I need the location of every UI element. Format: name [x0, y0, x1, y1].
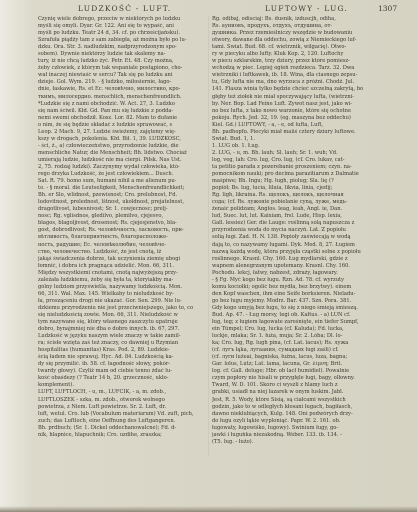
text-line: dzkiemu przyrodzeniu nie jest przeciwnie… [38, 305, 210, 312]
text-line: zależała ludzkiemu, żeby się była ta, kt… [38, 277, 210, 284]
text-line: Rg. ligh, likraina. Rs. щелокъ, щелокъ, … [212, 192, 384, 199]
text-line: ka; Cro. lug, Rg. lugh pina, (cf. Lat. l… [212, 340, 384, 347]
text-line: jawki i ługuńka niezakodną. Weber. 133. … [212, 432, 384, 439]
text-line: log. cf. Gall. deluge; Hbr. ob lacł humi… [212, 368, 384, 375]
text-line: (cf. луги lużeai, bagniska, łużna, lacus… [212, 354, 384, 361]
text-line: ein Tümpel; Cro. lug, lucka (cf. Kaluda)… [212, 326, 384, 333]
text-line: душника. Przez rzemieślniczy wszędzie w … [212, 30, 384, 37]
text-line: tu, Gdy lufta nie ma, dno wyrzuca z próż… [212, 79, 384, 86]
text-line: ra; ścisłe wzięta zaś też znaczy, co daw… [38, 340, 210, 347]
text-line: Rs. ауниовъ, продухъ, отдухъ, отдушина, … [212, 23, 384, 30]
text-line: hospitalitas (humanitas) Kras. Pod. 2, 8… [38, 347, 210, 354]
text-line: Ludzkość w języku naszym wiele znaczy w … [38, 333, 210, 340]
running-header-right: LUFTOWY - LUG. [265, 4, 348, 13]
text-line: menschliche Natur, die Menschheit; Bh. l… [38, 150, 210, 157]
text-line: ženaić polidzam; Anglos. leag, leah, Ang… [212, 206, 384, 213]
text-line: otwory, dawane dla oddechu, zowią z Niem… [212, 37, 384, 44]
text-line: powietrza, z Niem. Luft powietrze. Sr. 2… [38, 404, 210, 411]
text-line: LUFT, LUFTLOCH, - u, m., LUFCIK, - a, m.… [38, 389, 210, 396]
text-line: go bez ługu myjemy. Modrz. Bar. 437. Szn… [212, 298, 384, 305]
text-line: Leop. 2 Mach. 9, 27. Ludzie świeżemy, za… [38, 129, 210, 136]
text-line: сода; (cf. Rs. луженіе pobielanie cyną, … [212, 199, 384, 206]
text-line: dy się przymilić. ib. 58. cf. łagodność … [38, 361, 210, 368]
text-line: się nieludzkością zowie. Mon. 66, 311. N… [38, 312, 210, 319]
text-line: Bh. er Slo, wlidnost, pzewisnost; Cro. p… [38, 192, 210, 199]
text-line: 141. Flasza winia tylko będzie chcieć sz… [212, 86, 384, 93]
text-line: myśli się omyli. Dyar. Gr. 122. Ani się … [38, 23, 210, 30]
text-line: czym popłory nie hisali w przygłęle ługi… [212, 375, 384, 382]
text-line: ścią ładem nie sprawuj. Hyc. Ad. 84. Lud… [38, 354, 210, 361]
text-line: w piecu szklarskim, trzy dziury, przez k… [212, 58, 384, 65]
text-line: wapnem alenegrzanym upotemany. Krasnl. C… [212, 263, 384, 270]
text-line: by. Ner. Bop. Lad Feine Luft. Żywot nasz… [212, 101, 384, 108]
text-line: dają to, co nazywamy ługami. Dyk. Med. 8… [212, 242, 384, 249]
text-line: ludovitnost, prelednost, lštnost, ukoldn… [38, 199, 210, 206]
text-line: Gar. lolus, Lutz; Lat. lama, lacuna, Gr.… [212, 361, 384, 368]
text-line: - ści, ż., a) człowieczeństwo, przyrodze… [38, 143, 210, 150]
text-line: Między wszystkiemi cnotami, cnotą najwyż… [38, 270, 210, 277]
text-line: maśpiwe; Bh. Ingu; Hg. ługh, piolug; Sla… [212, 178, 384, 185]
text-line: dnie, łaskawie, Rs. et Ec. человѣчно, ми… [38, 86, 210, 93]
text-line: kość obaśdezy (? Teatr 14 b, 20. grzeczn… [38, 375, 210, 382]
text-line: nemi swemi obchodził. Kosz. Lor. 82. Mam… [38, 115, 210, 122]
text-line: *Ludzkie się z nami obchodzić. W. Act. 2… [38, 101, 210, 108]
text-line: dzieje. Gol. Wym. 219. - § ludzko, miłos… [38, 79, 210, 86]
text-line: Kiel. Gd.) LUFTOWY, - a, - e, od lufta, … [212, 122, 384, 129]
text-line: dragotlivost, lubesnivost; Sr. 1. cowjec… [38, 206, 210, 213]
text-line: Rg. odibaj, odisciaj: Bs. dusnik, izdusc… [212, 16, 384, 23]
text-line: ство, человечество. Ludzkość, że jest cn… [38, 249, 210, 256]
text-line: grabki, usiadł na niej lazarek w onym łu… [212, 389, 384, 396]
text-line: 1. LUG ob. 1. Ług. [212, 143, 384, 150]
text-line: popiół; Bs. lug, lucia, liluia, likvia, … [212, 185, 384, 192]
text-line: den Kopf waschen, ihm eine Seife borksie… [212, 291, 384, 298]
text-line: dobro, bynajmniej nie dba o dobro innych… [38, 326, 210, 333]
text-line: вѣтливость, благоприятность, благораспол… [38, 234, 210, 241]
text-line: blagos, blagoljivost, drosenost; Rs. cje… [38, 220, 210, 227]
text-line: ry w piecyku albo lufty. Kluk Kop. 2, 12… [212, 51, 384, 58]
text-line: Pochodu. lekcj, łatwy, nabzest, zdraży, … [212, 270, 384, 277]
text-line: ткимъ, милосердно. menschlich, menschenf… [38, 94, 210, 101]
text-line: Bud. Ap. 47. - Ług morsy, tegi ob. Kałtu… [212, 312, 384, 319]
text-line: Tward, W. D. 101. Skoro ci wyszli z hlam… [212, 382, 384, 389]
text-line: rego drzyka Ludzkość, że jest człowiekie… [38, 171, 210, 178]
text-line: nosc; Rg. vglisdnos, gledilvo, plemilvo,… [38, 213, 210, 220]
text-line: ła, prosząceniu drogi nie ukazać. Gor. S… [38, 298, 210, 305]
text-line: tym nazywane się, który własnego zaszczy… [38, 319, 210, 326]
dictionary-page: LUDZKOŚĆ - LUFT. LUFTOWY - LUG. 1307 Czy… [0, 0, 417, 512]
text-line: 66, 311. Wal. Max. 145. Wielkaby to niel… [38, 291, 210, 298]
text-line: komu kociołki; ogolić bez mydła, bez brz… [212, 284, 384, 291]
text-line: zuch; das Luftloch, eine Oeffnung des Lu… [38, 418, 210, 425]
text-line: o nim, że się będzie składać z ludzkie s… [38, 122, 210, 129]
text-line: łomnić, i dobra ich pragnąca udzielić. M… [38, 263, 210, 270]
text-line: luckje, mlaka; Sr. 1. łuża, muja; Sr. 2.… [212, 333, 384, 340]
text-line: Bh. padhopfu. Piecyki miał maiiś cztery … [212, 129, 384, 136]
text-line: jakąś świadczenia dobrze, tak uczynienia… [38, 256, 210, 263]
text-line: gólny ludziom przyświetla, nazywamy ludz… [38, 284, 210, 291]
text-line: pokoju. Rych. Jed. 32, 19. (eg. maszyna … [212, 115, 384, 122]
text-line: kszy w drogach, pokolenia. Kłd. Bił. 1, … [38, 136, 210, 143]
text-line: roślinnego. Krasnl. Chy. 160. Ług mydlar… [212, 256, 384, 263]
page-gutter-shadow [0, 0, 34, 512]
text-line: (cf. лугъ łąka, лугаания, сумадаих ługi … [212, 347, 384, 354]
page-number: 1307 [378, 4, 397, 13]
text-line: godzin, jako to w odległych kłosani ługa… [212, 404, 384, 411]
text-line: ługowaty, ługowiśko, ługowy). Świnium łu… [212, 425, 384, 432]
text-line: tury, iż nie chcą ludzko żyć. Petr. Et. … [38, 58, 210, 65]
text-line: się nam ściwil. Kłd. Gd. Pan mu się ludz… [38, 108, 210, 115]
text-line: sobem). Dywnie niektórzy ludzie tak skal… [38, 51, 210, 58]
text-line: to. - § moral. die Leutseligkeit, Mensch… [38, 185, 210, 192]
text-line: umierają ludzie, ludzkość nie ma cierpi.… [38, 157, 210, 164]
text-line: dzku. Ora. Str. 3. nadludzkim, nadprzyro… [38, 44, 210, 51]
text-line: do ługu ozyli łąkie wyploniąć. Papr. W. … [212, 418, 384, 425]
text-line: Gall. lessiez) Ger. die Lauge: roślinną … [212, 220, 384, 227]
text-line: - § Fg. Myć kogo bez ługu. Rzn. Ad. 78. … [212, 277, 384, 284]
text-line: pomocnikom nauki; pro decima parazitiaru… [212, 171, 384, 178]
text-line: solią ługi. Zad. H. N. 138. Popioły zaśw… [212, 234, 384, 241]
text-line: Szrafuła piądży tam z sam zabiegła, aż m… [38, 37, 210, 44]
running-header-left: LUDZKOŚĆ - LUFT. [78, 4, 171, 13]
text-line: 2. LUG, - u, m. Bh. lauh; Sl. lauh; Sr. … [212, 150, 384, 157]
text-line: ług, teg; z ługiem łagowate zarośnięte, … [212, 319, 384, 326]
text-line: Gdy kogo umyją bez ługu, to się z niego … [212, 305, 384, 312]
text-line: Jest, R. 5. Wody, które Sisią, są ciałca… [212, 397, 384, 404]
text-line: komplement). [38, 382, 210, 389]
text-line: log, veg, lah: Cro. lug, Cro. lug, (cf. … [212, 157, 384, 164]
text-line: ta petitio parada z pozerebanie proszeni… [212, 164, 384, 171]
text-line: (T5. ług. - łużo). [212, 439, 384, 446]
text-line: wietrzniki i luftkawek, ib. 18. Wina, dl… [212, 72, 384, 79]
text-line: no bez lufta, z tako nowo warzonie, któr… [212, 108, 384, 115]
text-line: tami. Świat. Bud. 68. cf. wietrznik, wil… [212, 44, 384, 51]
text-line: głęby też ziołek nie miał spoczywający l… [212, 94, 384, 101]
text-line: myśli po ludzku. Teatr 24 d, 34. cf. po … [38, 30, 210, 37]
text-line: lud, Suec. lut, lut. Kaixiam, frsl. Lude… [212, 213, 384, 220]
text-line: luft, wetul. Cro. lub (Vocabulum materia… [38, 411, 210, 418]
text-line: nazwą każdą wodę, która przyjęła cząstki… [212, 249, 384, 256]
text-line: twardy głowy). Czyliż mam od ciebie tenn… [38, 368, 210, 375]
text-line: wał inaczej niewiaść w sercu? Tak się po… [38, 72, 210, 79]
text-line: wchodzą w piec. Lepiej ogień rozdzieca. … [212, 65, 384, 72]
text-line: Bh. prdbuch; (Sr. 1. Dickel oddechanowal… [38, 425, 210, 432]
text-line: ность, радушие; Ec. человѣколюбие, челов… [38, 242, 210, 249]
text-line: LUFTLOSZEK - szka, m. zdob., otworek wol… [38, 397, 210, 404]
text-line: Sat. R. 79. homo sum, humani nihil a me … [38, 178, 210, 185]
right-column: Rg. odibaj, odisciaj: Bs. dusnik, izdusc… [212, 16, 384, 446]
text-line: gost, dobrodlivost; Rs. человѣчность, ла… [38, 227, 210, 234]
text-line: żeby człowiek, z którym tak wspaniale po… [38, 65, 210, 72]
text-line: dawno nieklubiących, Kulg. 148. Oni podw… [212, 411, 384, 418]
page-bottom-edge [0, 506, 417, 512]
text-line: przyrodzenia woda do mycia naczyń. Lat. … [212, 227, 384, 234]
left-column: Czynię wiele dobrego, przeciw w niektóry… [38, 16, 210, 439]
text-line: Świat. Bud. 1, 1. [212, 136, 384, 143]
text-line: 2, 75. rodzaj ludzki). Zaczynymy wydał c… [38, 164, 210, 171]
text-line: nik, hlapnice, hlapuchnik; Cro. uzdihe, … [38, 432, 210, 439]
text-line: Czynię wiele dobrego, przeciw w niektóry… [38, 16, 210, 23]
